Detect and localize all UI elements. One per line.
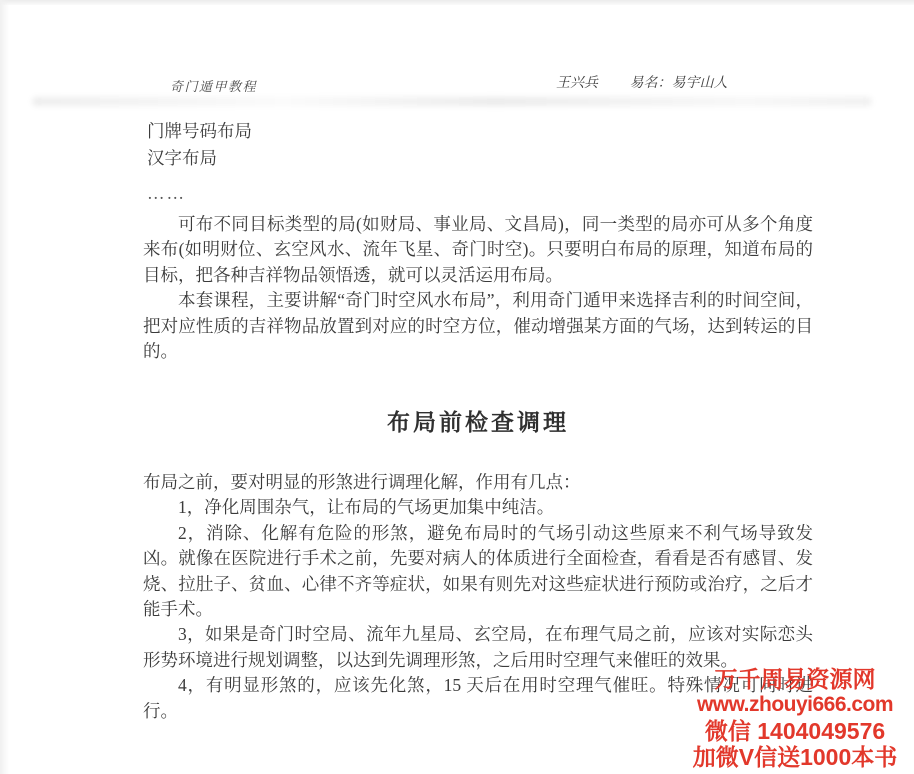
watermark-promo: 加微V信送1000本书	[678, 744, 912, 770]
watermark-site-name: 万千周易资源网	[678, 666, 912, 692]
scan-smudge	[32, 97, 872, 106]
paragraph: 本套课程，主要讲解“奇门时空风水布局”，利用奇门遁甲来选择吉利的时间空间，把对应…	[143, 288, 813, 364]
body-paragraphs: 可布不同目标类型的局(如财局、事业局、文昌局)，同一类型的局亦可从多个角度来布(…	[143, 212, 813, 364]
section-title: 布局前检查调理	[143, 404, 813, 437]
watermark: 万千周易资源网 www.zhouyi666.com 微信 1404049576 …	[678, 666, 912, 770]
list-item: 汉字布局	[147, 145, 252, 172]
author-name: 王兴兵	[556, 76, 598, 91]
scanned-document-page: { "header": { "course": "奇门遁甲教程", "autho…	[0, 0, 914, 774]
author-alias: 易名：易宇山人	[630, 76, 728, 91]
numbered-item: 1，净化周围杂气，让布局的气场更加集中纯洁。	[143, 495, 813, 520]
watermark-site-url: www.zhouyi666.com	[678, 692, 912, 718]
watermark-wechat: 微信 1404049576	[678, 718, 912, 744]
ellipsis-line: ……	[147, 180, 252, 207]
paragraph: 可布不同目标类型的局(如财局、事业局、文昌局)，同一类型的局亦可从多个角度来布(…	[143, 212, 813, 288]
scan-edge-left	[0, 0, 9, 774]
header-author: 王兴兵 易名：易宇山人	[556, 72, 728, 92]
list-item: 门牌号码布局	[147, 118, 252, 145]
section-intro: 布局之前，要对明显的形煞进行调理化解，作用有几点：	[143, 470, 813, 495]
numbered-item: 2，消除、化解有危险的形煞，避免布局时的气场引动这些原来不利气场导致发凶。就像在…	[143, 521, 813, 623]
header-course-title: 奇门遁甲教程	[170, 76, 257, 95]
scan-edge-top	[0, 0, 914, 5]
layout-type-list: 门牌号码布局 汉字布局 ……	[147, 118, 252, 207]
